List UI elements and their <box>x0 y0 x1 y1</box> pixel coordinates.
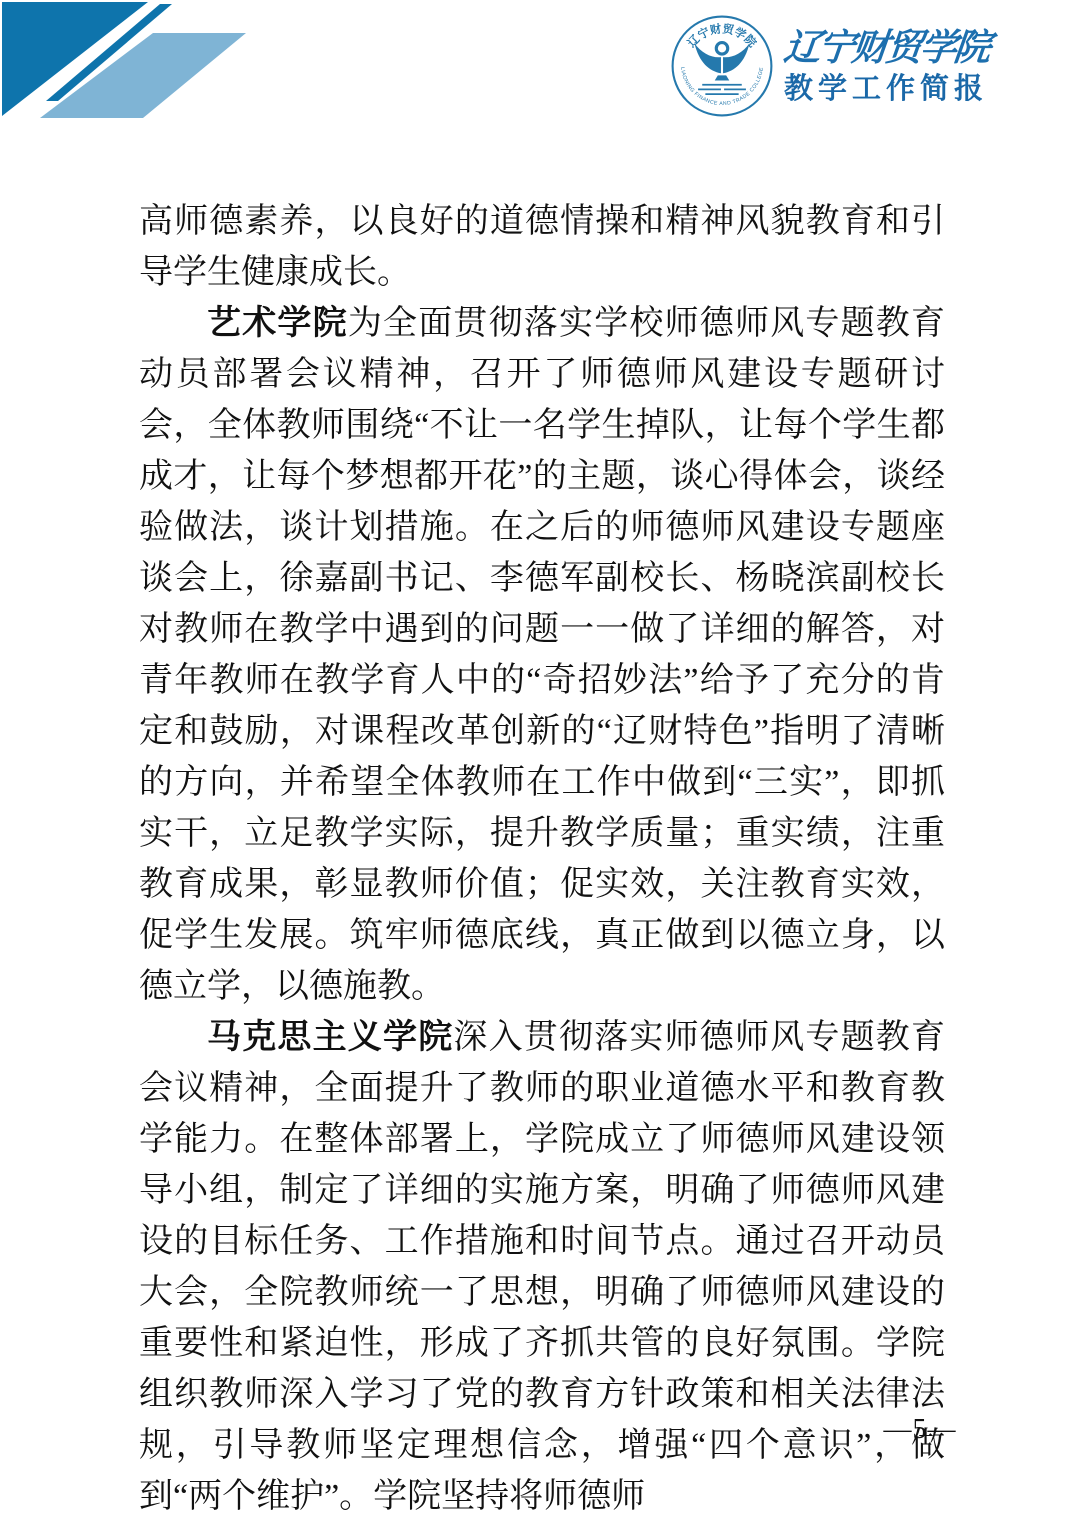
bulletin-page: 辽宁财贸学院 LIAONING FINANCE AND TRADE COLLEG… <box>0 0 1080 1527</box>
school-seal-icon: 辽宁财贸学院 LIAONING FINANCE AND TRADE COLLEG… <box>670 14 774 118</box>
paragraph-continuation: 高师德素养，以良好的道德情操和精神风貌教育和引导学生健康成长。 <box>139 196 945 298</box>
paragraph-marxism-college: 马克思主义学院深入贯彻落实师德师风专题教育会议精神，全面提升了教师的职业道德水平… <box>139 1012 945 1522</box>
paragraph-text: 深入贯彻落实师德师风专题教育会议精神，全面提升了教师的职业道德水平和教育教学能力… <box>139 1019 945 1515</box>
college-name-marxism: 马克思主义学院 <box>207 1018 453 1056</box>
school-name-calligraphy: 辽宁财贸学院 <box>782 24 991 70</box>
masthead-titles: 辽宁财贸学院 教学工作简报 <box>784 24 988 108</box>
college-name-art: 艺术学院 <box>207 304 348 342</box>
seal-ring <box>673 17 772 116</box>
paragraph-text: 高师德素养，以良好的道德情操和精神风貌教育和引导学生健康成长。 <box>139 203 945 291</box>
document-body: 高师德素养，以良好的道德情操和精神风貌教育和引导学生健康成长。 艺术学院为全面贯… <box>139 196 945 1522</box>
paragraph-art-college: 艺术学院为全面贯彻落实学校师德师风专题教育动员部署会议精神，召开了师德师风建设专… <box>139 298 945 1012</box>
page-number: —5— <box>860 1414 980 1446</box>
paragraph-text: 为全面贯彻落实学校师德师风专题教育动员部署会议精神，召开了师德师风建设专题研讨会… <box>139 305 945 1005</box>
corner-decoration-icon <box>0 0 252 124</box>
bulletin-title: 教学工作简报 <box>784 70 988 108</box>
masthead: 辽宁财贸学院 LIAONING FINANCE AND TRADE COLLEG… <box>670 14 988 118</box>
